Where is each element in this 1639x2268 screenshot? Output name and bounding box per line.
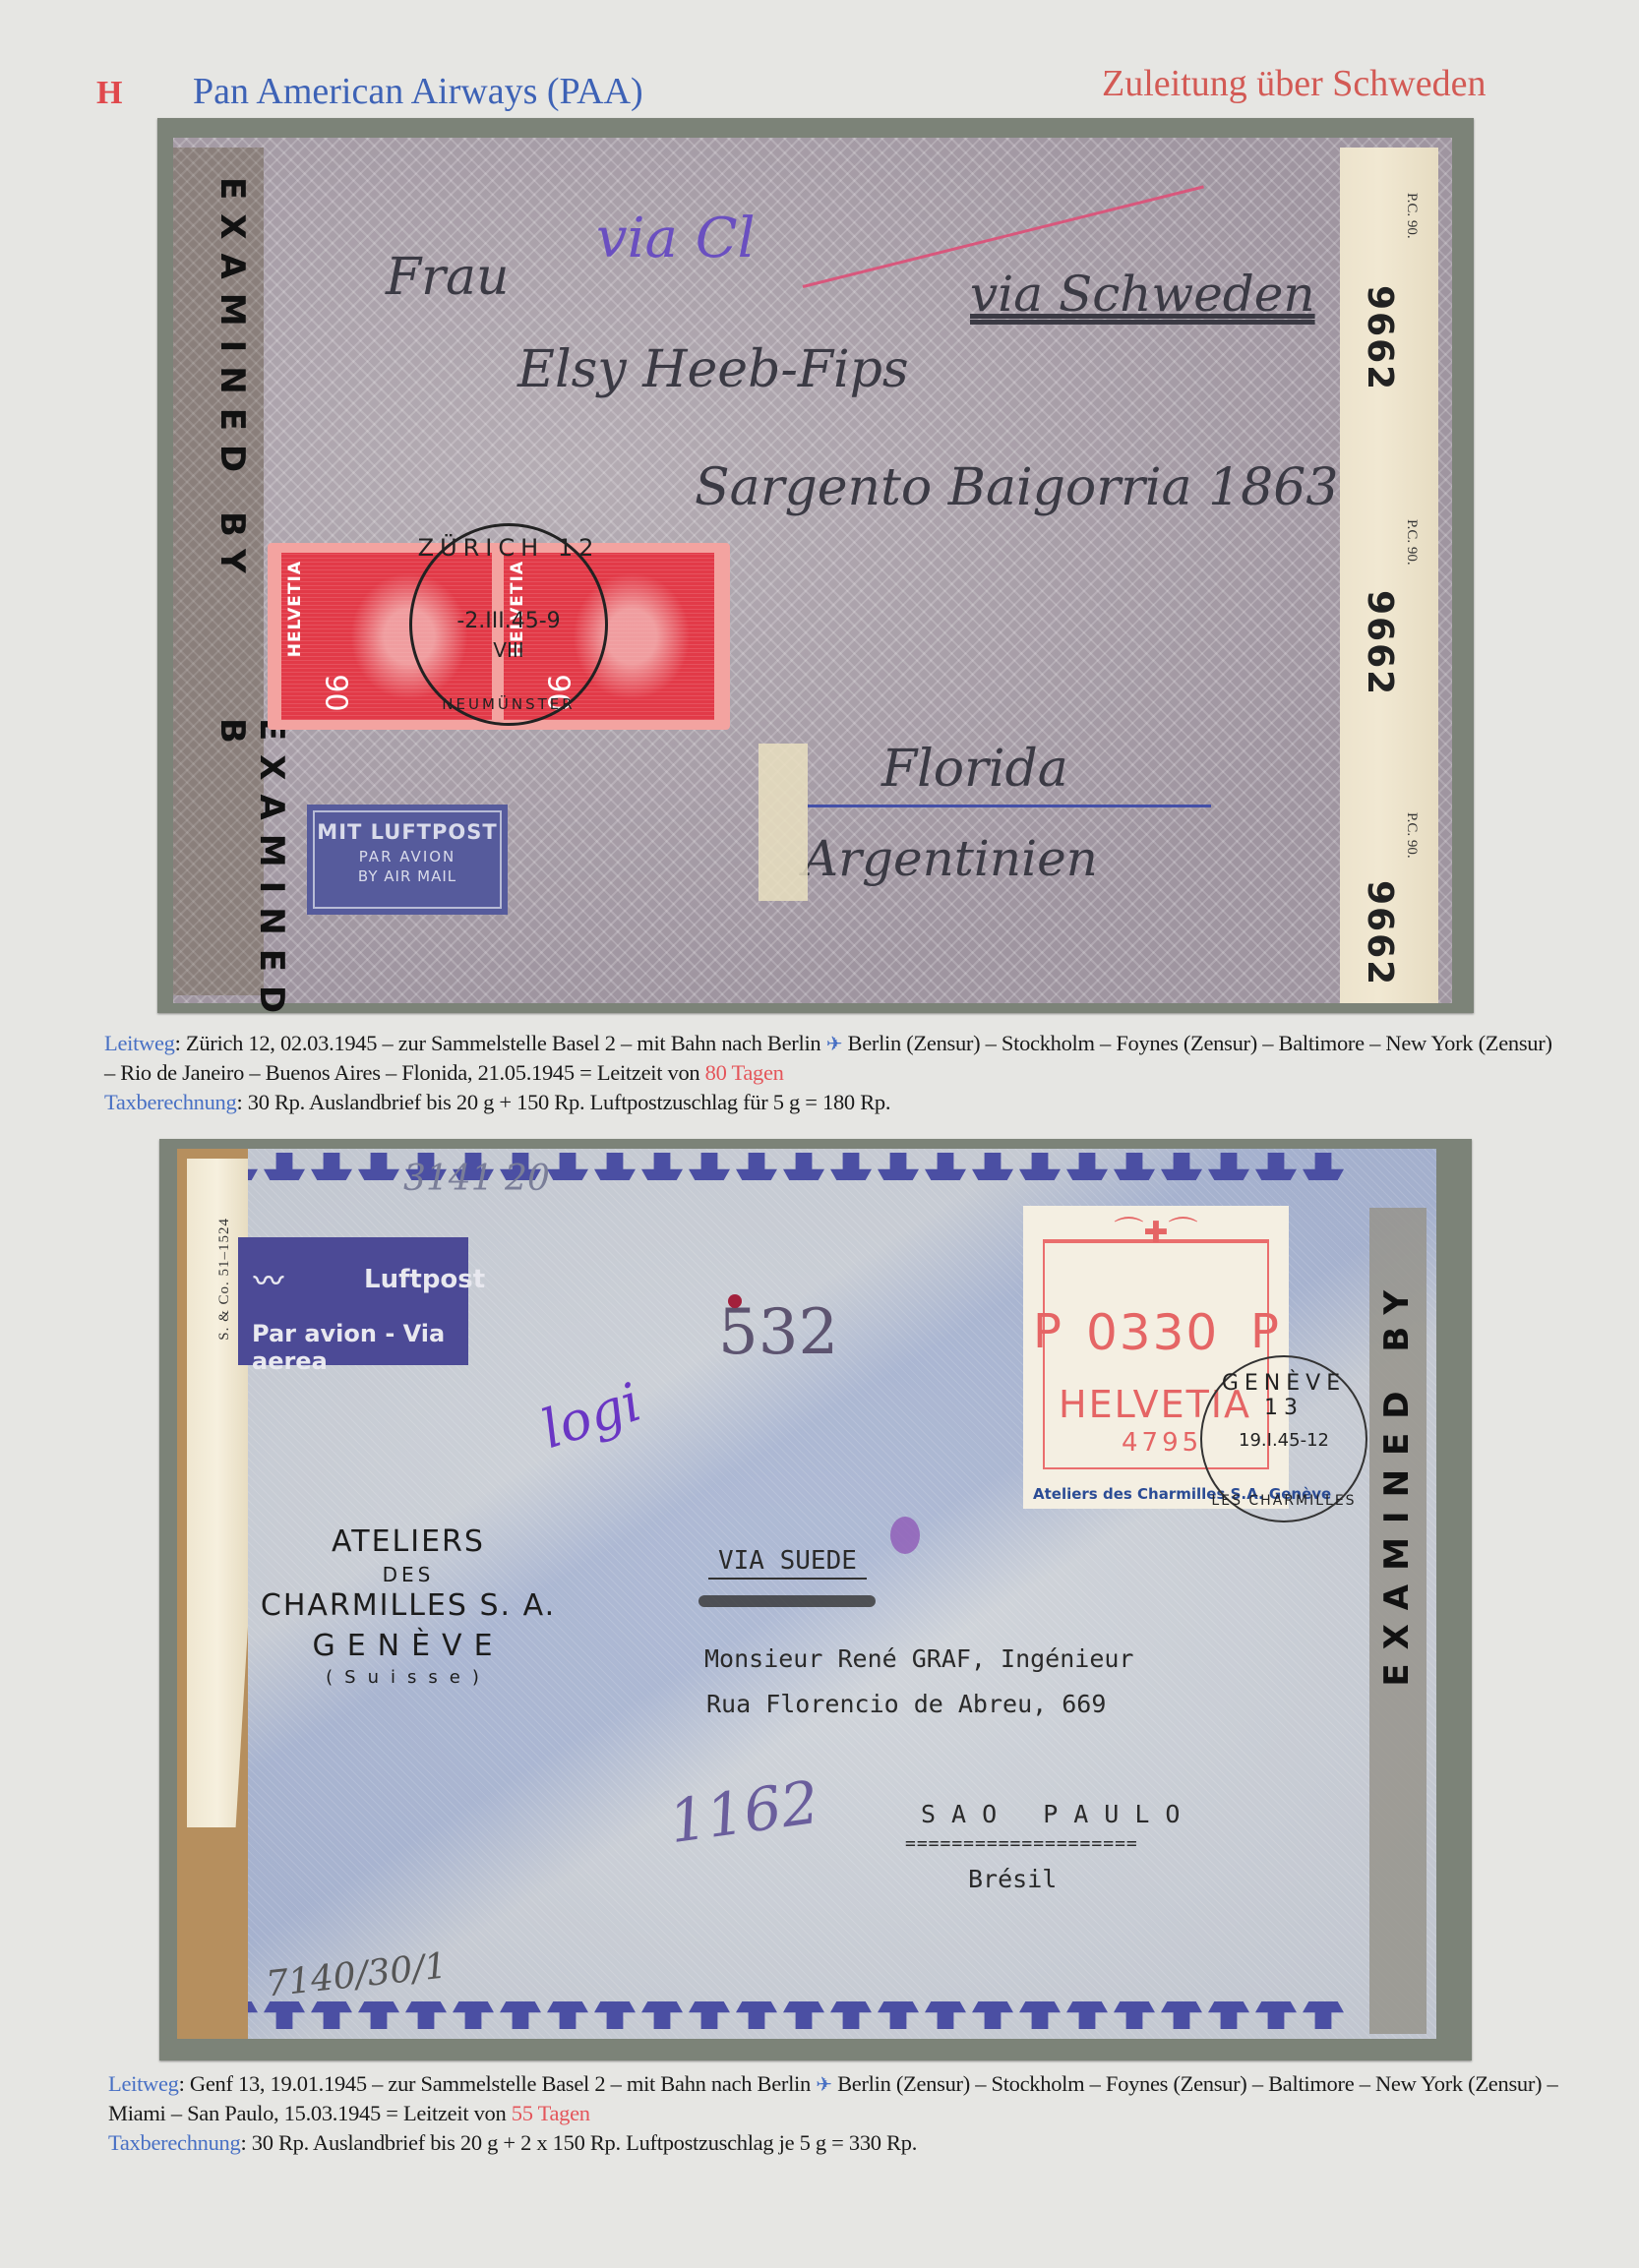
airmail-border-tooth <box>594 1153 636 1180</box>
seagull-icon: 〰︎ <box>254 1257 283 1300</box>
typed-address-line2: Rua Florencio de Abreu, 669 <box>706 1690 1106 1718</box>
plane-icon: ✈ <box>826 1032 842 1055</box>
airmail-border-tooth <box>783 1153 824 1180</box>
meter-p-mark: P <box>1250 1304 1279 1359</box>
airmail-border-tooth <box>689 1153 730 1180</box>
typed-city: SAO PAULO <box>921 1800 1195 1828</box>
handwritten-reg-number: 1162 <box>665 1768 823 1858</box>
airmail-border-tooth <box>1114 1153 1155 1180</box>
tax-key: Taxberechnung <box>108 2130 240 2155</box>
route-key: Leitweg <box>104 1031 175 1055</box>
meter-amount: 0330 <box>1086 1304 1219 1361</box>
airmail-border-tooth <box>878 2001 919 2029</box>
airmail-label: 〰︎ Luftpost Par avion - Via aerea <box>238 1237 468 1365</box>
cover-2-envelope: S. & Co. 51–1524 EXAMINED BY 3141 20 〰︎ … <box>177 1149 1436 2039</box>
sender-line4: GENÈVE <box>236 1629 580 1663</box>
airmail-border-tooth <box>830 2001 872 2029</box>
censor-code: P.C. 90. <box>1403 193 1420 239</box>
postmark-office: VIII <box>412 638 605 662</box>
page-title: Pan American Airways (PAA) <box>193 73 643 110</box>
airmail-border-tooth <box>641 2001 683 2029</box>
postmark-geneve: GENÈVE 13 19.I.45-12 LES CHARMILLES <box>1200 1355 1367 1522</box>
postmark-district: NEUMÜNSTER <box>412 695 605 713</box>
postmark-zurich: ZÜRICH 12 -2.III.45-9 VIII NEUMÜNSTER <box>409 523 608 726</box>
airmail-border-tooth <box>405 2001 447 2029</box>
censor-tape-right: P.C. 90. 9662 P.C. 90. 9662 P.C. 90. 966… <box>1340 148 1438 1003</box>
typed-country: Brésil <box>968 1865 1057 1893</box>
airmail-label-line2: Par avion - Via aerea <box>252 1320 468 1375</box>
stamp-country: HELVETIA <box>285 561 305 657</box>
airmail-border-tooth <box>736 2001 777 2029</box>
airmail-label-line1: MIT LUFTPOST <box>315 820 500 844</box>
cover-2-mount: S. & Co. 51–1524 EXAMINED BY 3141 20 〰︎ … <box>159 1139 1472 2060</box>
handwritten-via-route: via Schweden <box>970 266 1315 323</box>
route-key: Leitweg <box>108 2071 179 2096</box>
airmail-border-tooth <box>1066 2001 1108 2029</box>
meter-p-mark: P <box>1033 1304 1062 1359</box>
airmail-border-tooth <box>925 2001 966 2029</box>
tape-remnant <box>759 744 808 901</box>
airmail-label-line2: PAR AVION <box>315 848 500 865</box>
censor-tape-code: S. & Co. 51–1524 <box>216 1218 233 1341</box>
tax-text: : 30 Rp. Auslandbrief bis 20 g + 150 Rp.… <box>236 1090 890 1114</box>
airmail-border-tooth <box>783 2001 824 2029</box>
airmail-border-tooth <box>972 1153 1013 1180</box>
airmail-border-top <box>216 1153 1377 1188</box>
airmail-label-line1: Luftpost <box>364 1265 485 1294</box>
airmail-border-tooth <box>500 2001 541 2029</box>
airmail-border-tooth <box>1019 1153 1061 1180</box>
tax-text: : 30 Rp. Auslandbrief bis 20 g + 2 x 150… <box>240 2130 917 2155</box>
plane-icon: ✈ <box>816 2072 831 2096</box>
airmail-border-tooth <box>547 1153 588 1180</box>
route-text-part1: : Genf 13, 19.01.1945 – zur Sammelstelle… <box>179 2071 817 2096</box>
posthorn-cross-emblem-icon: ⌒✚⌒ <box>1023 1208 1289 1251</box>
censor-label-top: EXAMINED BY <box>212 177 252 587</box>
airmail-border-tooth <box>547 2001 588 2029</box>
airmail-border-tooth <box>311 1153 352 1180</box>
airmail-border-tooth <box>689 2001 730 2029</box>
handwritten-addressee-title: Frau <box>386 248 509 307</box>
page-subtitle: Zuleitung über Schweden <box>1102 65 1486 102</box>
airmail-border-tooth <box>1255 1153 1297 1180</box>
airmail-border-tooth <box>1161 1153 1202 1180</box>
airmail-border-tooth <box>358 2001 399 2029</box>
postmark-date: 19.I.45-12 <box>1202 1430 1366 1451</box>
blue-underline <box>808 805 1211 807</box>
transit-time: 80 Tagen <box>705 1060 784 1085</box>
sender-line3: CHARMILLES S. A. <box>236 1588 580 1623</box>
airmail-border-tooth <box>830 1153 872 1180</box>
airmail-border-tooth <box>311 2001 352 2029</box>
airmail-border-tooth <box>453 2001 494 2029</box>
airmail-border-tooth <box>1208 2001 1249 2029</box>
airmail-border-tooth <box>972 2001 1013 2029</box>
caption-cover-2: Leitweg: Genf 13, 19.01.1945 – zur Samme… <box>108 2069 1564 2158</box>
meter-number: 4795 <box>1122 1428 1202 1458</box>
airmail-border-tooth <box>264 2001 305 2029</box>
tax-key: Taxberechnung <box>104 1090 236 1114</box>
airmail-border-tooth <box>1255 2001 1297 2029</box>
censor-number: 9662 <box>1360 590 1400 696</box>
typed-via-note: VIA SUEDE <box>708 1546 867 1580</box>
censor-tape-left: EXAMINED BY EXAMINED B <box>173 148 264 995</box>
airmail-border-bottom <box>216 2001 1377 2037</box>
airmail-border-tooth <box>925 1153 966 1180</box>
crossed-out-line <box>698 1595 876 1607</box>
handwritten-country: Argentinien <box>803 830 1098 887</box>
airmail-border-tooth <box>1208 1153 1249 1180</box>
red-ink-dot <box>728 1294 742 1308</box>
handwritten-bottom-note: 7140/30/1 <box>264 1945 449 2004</box>
handwritten-city: Florida <box>881 740 1068 799</box>
airmail-border-tooth <box>1114 2001 1155 2029</box>
section-letter: H <box>96 77 122 110</box>
route-text-part1: : Zürich 12, 02.03.1945 – zur Sammelstel… <box>175 1031 826 1055</box>
sender-imprint: ATELIERS DES CHARMILLES S. A. GENÈVE (Su… <box>236 1444 580 1688</box>
typed-city-rule: ==================== <box>905 1833 1138 1854</box>
sender-line1: ATELIERS <box>236 1524 580 1559</box>
airmail-label-line3: BY AIR MAIL <box>315 867 500 885</box>
airmail-border-tooth <box>1066 1153 1108 1180</box>
sender-line5: (Suisse) <box>236 1667 580 1688</box>
airmail-border-tooth <box>1303 1153 1344 1180</box>
postmark-town: GENÈVE 13 <box>1202 1371 1366 1420</box>
airmail-border-tooth <box>1161 2001 1202 2029</box>
airmail-border-tooth <box>878 1153 919 1180</box>
airmail-border-tooth <box>264 1153 305 1180</box>
airmail-border-tooth <box>1019 2001 1061 2029</box>
handwritten-top-note: 3141 20 <box>403 1159 550 1199</box>
censor-label-bottom: EXAMINED B <box>212 718 291 1027</box>
typed-address-line1: Monsieur René GRAF, Ingénieur <box>704 1644 1134 1673</box>
handwritten-via-note: via Cl <box>596 207 756 270</box>
handwritten-addressee-name: Elsy Heeb-Fips <box>517 340 909 399</box>
caption-cover-1: Leitweg: Zürich 12, 02.03.1945 – zur Sam… <box>104 1029 1560 1117</box>
airmail-border-tooth <box>641 1153 683 1180</box>
postmark-date: -2.III.45-9 <box>412 609 605 633</box>
airmail-border-tooth <box>1303 2001 1344 2029</box>
censor-number: 9662 <box>1360 880 1400 986</box>
airmail-border-tooth <box>736 1153 777 1180</box>
cover-1-mount: EXAMINED BY EXAMINED B P.C. 90. 9662 P.C… <box>157 118 1474 1013</box>
censor-number: 9662 <box>1360 285 1400 391</box>
cover-1-envelope: EXAMINED BY EXAMINED B P.C. 90. 9662 P.C… <box>173 138 1452 1003</box>
censor-code: P.C. 90. <box>1403 812 1420 859</box>
postmark-district: LES CHARMILLES <box>1202 1493 1366 1509</box>
airmail-border-tooth <box>358 1153 399 1180</box>
violet-ink-blot <box>890 1517 920 1554</box>
airmail-label: MIT LUFTPOST PAR AVION BY AIR MAIL <box>307 805 508 915</box>
postmark-town: ZÜRICH 12 <box>412 534 605 562</box>
transit-time: 55 Tagen <box>512 2101 590 2125</box>
stamp-value: 90 <box>319 674 353 711</box>
censor-code: P.C. 90. <box>1403 519 1420 566</box>
censor-label: EXAMINED BY <box>1377 1277 1417 1687</box>
handwritten-street: Sargento Baigorria 1863 <box>695 458 1338 517</box>
airmail-border-tooth <box>594 2001 636 2029</box>
sender-line2: DES <box>236 1563 580 1586</box>
